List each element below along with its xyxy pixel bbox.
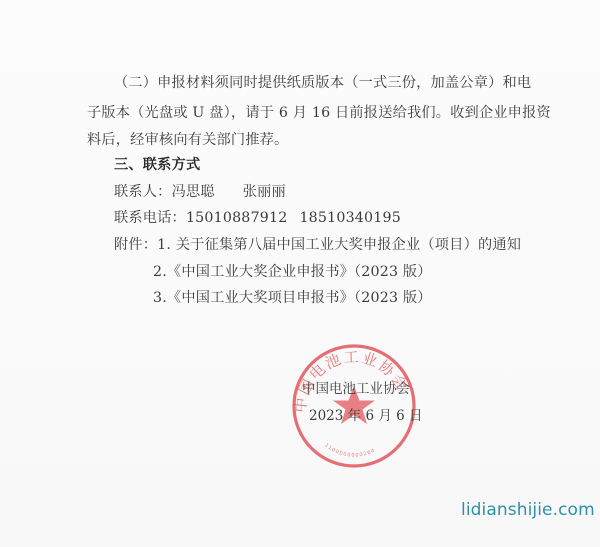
phone-label: 联系电话：	[114, 210, 186, 226]
contacts-row: 联系人：冯思聪张丽丽	[114, 183, 286, 201]
signature-date: 2023 年 6 月 6 日	[309, 404, 423, 424]
contact-name-2: 张丽丽	[243, 184, 286, 200]
attachment-row-1: 附件：1. 关于征集第八届中国工业大奖申报企业（项目）的通知	[114, 236, 521, 254]
phone-number-1: 15010887912	[186, 210, 288, 226]
attachments-label: 附件：	[114, 237, 157, 253]
document-page: （二）申报材料须同时提供纸质版本（一式三份，加盖公章）和电 子版本（光盘或 U …	[0, 0, 600, 547]
signature-organization: 中国电池工业协会	[302, 377, 410, 397]
phone-number-2: 18510340195	[299, 210, 401, 226]
paragraph-2-line-3: 料后，经审核向有关部门推荐。	[87, 131, 288, 149]
paragraph-2-line-1: （二）申报材料须同时提供纸质版本（一式三份，加盖公章）和电	[114, 74, 531, 92]
paragraph-2-line-2: 子版本（光盘或 U 盘），请于 6 月 16 日前报送给我们。收到企业申报资	[87, 104, 551, 122]
contact-name-1: 冯思聪	[172, 184, 215, 200]
svg-text:1100000000264: 1100000000264	[323, 442, 376, 458]
attachment-item-1: 1. 关于征集第八届中国工业大奖申报企业（项目）的通知	[157, 237, 521, 253]
site-watermark: lidianshijie.com	[461, 500, 595, 520]
section-3-heading: 三、联系方式	[114, 156, 200, 174]
attachment-item-2: 2.《中国工业大奖企业申报书》（2023 版）	[153, 263, 432, 281]
attachment-item-3: 3.《中国工业大奖项目申报书》（2023 版）	[153, 289, 432, 307]
phones-row: 联系电话：1501088791218510340195	[114, 209, 401, 227]
contacts-label: 联系人：	[114, 184, 172, 200]
